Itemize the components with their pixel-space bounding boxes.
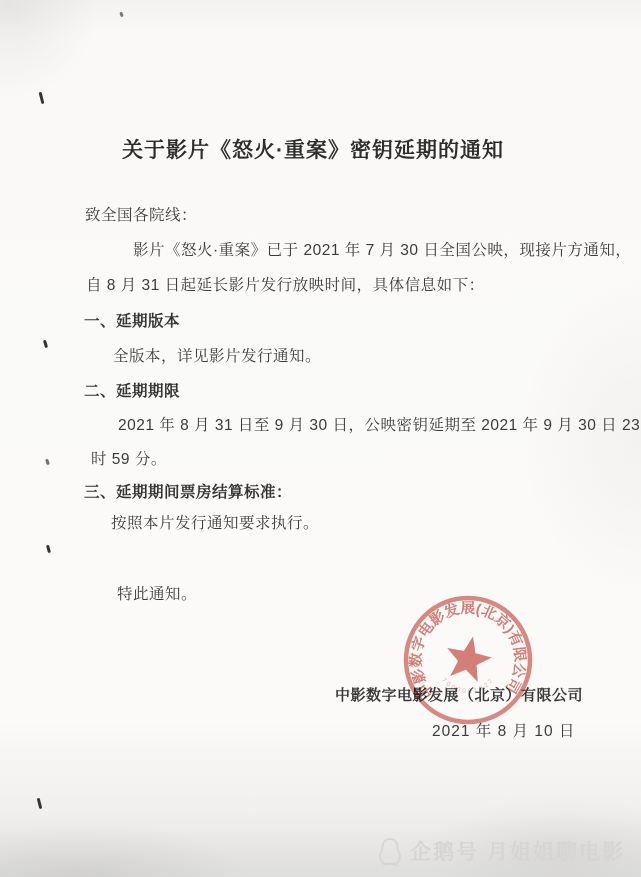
scan-artifact bbox=[39, 92, 44, 104]
salutation: 致全国各院线： bbox=[85, 206, 197, 226]
intro-line-2: 自 8 月 31 日起延长影片发行放映时间，具体信息如下： bbox=[86, 276, 485, 296]
svg-text:7000001827: 7000001827 bbox=[440, 676, 496, 695]
scan-artifact bbox=[46, 545, 50, 553]
scanned-notice-page: 关于影片《怒火·重案》密钥延期的通知 致全国各院线： 影片《怒火·重案》已于 2… bbox=[0, 0, 641, 877]
section-3-body: 按照本片发行通知要求执行。 bbox=[111, 514, 319, 534]
section-1-heading: 一、延期版本 bbox=[84, 312, 180, 332]
section-1-body: 全版本，详见影片发行通知。 bbox=[113, 347, 321, 367]
closing-line: 特此通知。 bbox=[117, 585, 197, 605]
intro-line-1: 影片《怒火·重案》已于 2021 年 7 月 30 日全国公映，现接片方通知， bbox=[133, 241, 631, 261]
company-stamp: 中影数字电影发展(北京)有限公司 7000001827 bbox=[383, 575, 553, 745]
scan-artifact bbox=[43, 340, 48, 348]
section-2-body-2: 时 59 分。 bbox=[91, 450, 167, 470]
section-2-heading: 二、延期期限 bbox=[84, 382, 180, 402]
watermark: 企鹅号 月姐姐聊电影 bbox=[377, 836, 625, 866]
scan-artifact bbox=[119, 12, 123, 18]
star-icon bbox=[442, 632, 496, 684]
section-2-body-1: 2021 年 8 月 31 日至 9 月 30 日，公映密钥延期至 2021 年… bbox=[118, 416, 640, 436]
section-3-heading: 三、延期期间票房结算标准： bbox=[84, 483, 292, 503]
scan-artifact bbox=[45, 459, 49, 465]
watermark-label: 企鹅号 月姐姐聊电影 bbox=[410, 836, 625, 866]
page-title: 关于影片《怒火·重案》密钥延期的通知 bbox=[0, 134, 641, 164]
penguin-icon bbox=[377, 837, 403, 866]
scan-artifact bbox=[37, 798, 42, 809]
stamp-serial: 7000001827 bbox=[440, 676, 496, 695]
